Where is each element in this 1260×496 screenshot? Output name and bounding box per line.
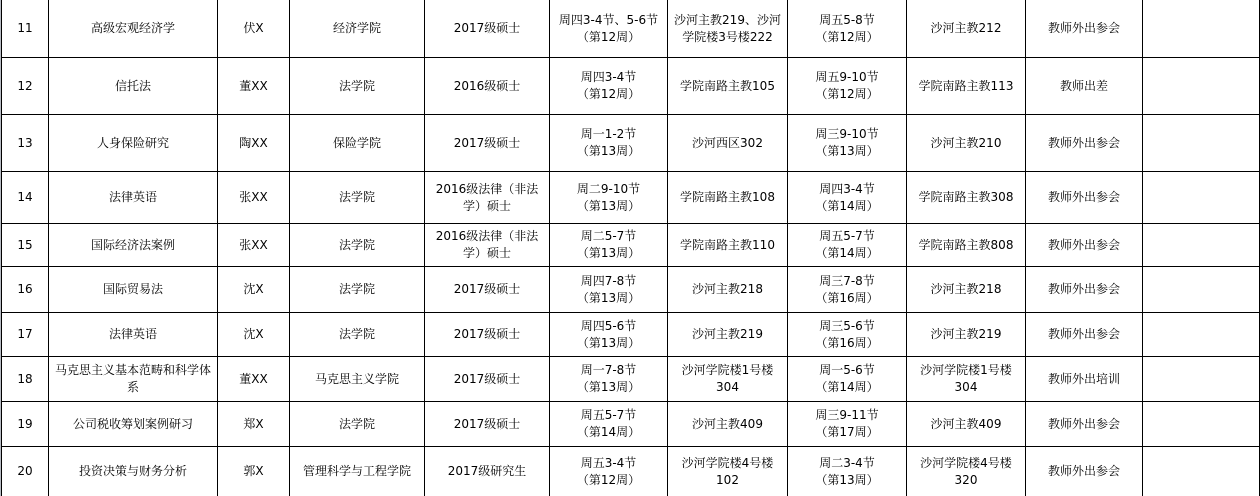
original-time-cell-line: 周四5-6节 — [552, 318, 665, 335]
new-time-cell-line: 周三7-8节 — [790, 273, 904, 290]
new-room-cell-line: 320 — [909, 472, 1023, 489]
course-name-cell[interactable]: 人身保险研究 — [49, 115, 218, 172]
table-row: 11高级宏观经济学伏X经济学院2017级硕士周四3-4节、5-6节（第12周）沙… — [2, 0, 1260, 58]
note-cell[interactable] — [1143, 313, 1260, 357]
new-time-cell[interactable]: 周五5-8节（第12周） — [788, 0, 907, 58]
row-number-cell[interactable]: 15 — [2, 224, 49, 267]
new-room-cell-line: 304 — [909, 379, 1023, 396]
row-number-cell[interactable]: 19 — [2, 402, 49, 447]
new-room-cell[interactable]: 沙河主教210 — [907, 115, 1026, 172]
new-time-cell-line: （第12周） — [790, 86, 904, 103]
original-time-cell-line: 周一7-8节 — [552, 362, 665, 379]
teacher-cell[interactable]: 沈X — [218, 313, 290, 357]
reason-cell[interactable]: 教师外出参会 — [1026, 447, 1143, 496]
original-time-cell-line: 周五3-4节 — [552, 455, 665, 472]
class-cell[interactable]: 2017级硕士 — [425, 402, 550, 447]
original-time-cell[interactable]: 周一1-2节（第13周） — [550, 115, 668, 172]
original-time-cell[interactable]: 周四3-4节、5-6节（第12周） — [550, 0, 668, 58]
table-row: 20投资决策与财务分析郭X管理科学与工程学院2017级研究生周五3-4节（第12… — [2, 447, 1260, 496]
original-room-cell-line: 学院南路主教110 — [670, 237, 785, 254]
note-cell[interactable] — [1143, 115, 1260, 172]
note-cell[interactable] — [1143, 267, 1260, 313]
class-cell[interactable]: 2017级硕士 — [425, 115, 550, 172]
original-time-cell-line: 周四3-4节 — [552, 69, 665, 86]
new-time-cell[interactable]: 周一5-6节（第14周） — [788, 357, 907, 402]
course-adjustment-table: 11高级宏观经济学伏X经济学院2017级硕士周四3-4节、5-6节（第12周）沙… — [1, 0, 1260, 496]
college-cell[interactable]: 法学院 — [290, 172, 425, 224]
row-number-cell[interactable]: 18 — [2, 357, 49, 402]
new-room-cell-line: 沙河主教210 — [909, 135, 1023, 152]
original-room-cell-line: 304 — [670, 379, 785, 396]
original-time-cell[interactable]: 周四3-4节（第12周） — [550, 58, 668, 115]
teacher-cell[interactable]: 董XX — [218, 357, 290, 402]
note-cell[interactable] — [1143, 172, 1260, 224]
new-time-cell-line: （第14周） — [790, 245, 904, 262]
original-room-cell-line: 沙河主教409 — [670, 416, 785, 433]
reason-cell[interactable]: 教师外出参会 — [1026, 224, 1143, 267]
original-room-cell-line: 学院南路主教108 — [670, 189, 785, 206]
original-time-cell-line: （第13周） — [552, 379, 665, 396]
reason-cell[interactable]: 教师外出参会 — [1026, 402, 1143, 447]
new-room-cell-line: 沙河主教212 — [909, 20, 1023, 37]
reason-cell[interactable]: 教师外出培训 — [1026, 357, 1143, 402]
original-time-cell-line: （第13周） — [552, 198, 665, 215]
teacher-cell[interactable]: 董XX — [218, 58, 290, 115]
original-time-cell-line: （第12周） — [552, 472, 665, 489]
college-cell[interactable]: 管理科学与工程学院 — [290, 447, 425, 496]
teacher-cell[interactable]: 郭X — [218, 447, 290, 496]
class-cell[interactable]: 2016级硕士 — [425, 58, 550, 115]
new-time-cell-line: （第13周） — [790, 143, 904, 160]
new-time-cell-line: 周四3-4节 — [790, 181, 904, 198]
new-time-cell[interactable]: 周三9-11节（第17周） — [788, 402, 907, 447]
class-cell[interactable]: 2017级硕士 — [425, 313, 550, 357]
new-time-cell-line: （第16周） — [790, 290, 904, 307]
new-time-cell[interactable]: 周四3-4节（第14周） — [788, 172, 907, 224]
original-room-cell-line: 沙河学院楼1号楼 — [670, 362, 785, 379]
table-row: 19公司税收筹划案例研习郑X法学院2017级硕士周五5-7节（第14周）沙河主教… — [2, 402, 1260, 447]
course-name-cell[interactable]: 马克思主义基本范畴和科学体系 — [49, 357, 218, 402]
teacher-cell[interactable]: 张XX — [218, 224, 290, 267]
college-cell[interactable]: 法学院 — [290, 58, 425, 115]
reason-cell[interactable]: 教师外出参会 — [1026, 115, 1143, 172]
new-room-cell[interactable]: 学院南路主教308 — [907, 172, 1026, 224]
original-time-cell-line: （第12周） — [552, 29, 665, 46]
new-time-cell[interactable]: 周二3-4节（第13周） — [788, 447, 907, 496]
note-cell[interactable] — [1143, 224, 1260, 267]
original-time-cell[interactable]: 周四5-6节（第13周） — [550, 313, 668, 357]
new-time-cell-line: （第17周） — [790, 424, 904, 441]
new-room-cell[interactable]: 沙河主教212 — [907, 0, 1026, 58]
college-cell[interactable]: 保险学院 — [290, 115, 425, 172]
note-cell[interactable] — [1143, 447, 1260, 496]
new-room-cell-line: 沙河主教409 — [909, 416, 1023, 433]
teacher-cell[interactable]: 沈X — [218, 267, 290, 313]
row-number-cell[interactable]: 14 — [2, 172, 49, 224]
table-row: 12信托法董XX法学院2016级硕士周四3-4节（第12周）学院南路主教105周… — [2, 58, 1260, 115]
new-room-cell[interactable]: 沙河主教219 — [907, 313, 1026, 357]
original-room-cell[interactable]: 学院南路主教105 — [668, 58, 788, 115]
class-cell[interactable]: 2017级硕士 — [425, 357, 550, 402]
class-cell[interactable]: 2016级法律（非法学）硕士 — [425, 224, 550, 267]
original-time-cell[interactable]: 周四7-8节（第13周） — [550, 267, 668, 313]
teacher-cell[interactable]: 陶XX — [218, 115, 290, 172]
course-name-cell[interactable]: 国际经济法案例 — [49, 224, 218, 267]
original-room-cell[interactable]: 沙河主教409 — [668, 402, 788, 447]
reason-cell[interactable]: 教师外出参会 — [1026, 267, 1143, 313]
original-time-cell-line: （第14周） — [552, 424, 665, 441]
new-time-cell[interactable]: 周五5-7节（第14周） — [788, 224, 907, 267]
original-room-cell-line: 沙河西区302 — [670, 135, 785, 152]
new-room-cell[interactable]: 沙河主教409 — [907, 402, 1026, 447]
row-number-cell[interactable]: 12 — [2, 58, 49, 115]
table-row: 14法律英语张XX法学院2016级法律（非法学）硕士周二9-10节（第13周）学… — [2, 172, 1260, 224]
table-row: 16国际贸易法沈X法学院2017级硕士周四7-8节（第13周）沙河主教218周三… — [2, 267, 1260, 313]
note-cell[interactable] — [1143, 402, 1260, 447]
original-time-cell[interactable]: 周二9-10节（第13周） — [550, 172, 668, 224]
table-row: 15国际经济法案例张XX法学院2016级法律（非法学）硕士周二5-7节（第13周… — [2, 224, 1260, 267]
new-room-cell[interactable]: 沙河主教218 — [907, 267, 1026, 313]
original-room-cell-line: 学院楼3号楼222 — [670, 29, 785, 46]
new-room-cell[interactable]: 沙河学院楼1号楼304 — [907, 357, 1026, 402]
original-room-cell[interactable]: 学院南路主教108 — [668, 172, 788, 224]
row-number-cell[interactable]: 16 — [2, 267, 49, 313]
new-time-cell-line: （第14周） — [790, 198, 904, 215]
original-room-cell-line: 沙河学院楼4号楼 — [670, 455, 785, 472]
teacher-cell[interactable]: 张XX — [218, 172, 290, 224]
new-time-cell-line: （第13周） — [790, 472, 904, 489]
class-cell[interactable]: 2017级硕士 — [425, 267, 550, 313]
row-number-cell[interactable]: 20 — [2, 447, 49, 496]
new-room-cell-line: 沙河学院楼1号楼 — [909, 362, 1023, 379]
course-name-cell[interactable]: 投资决策与财务分析 — [49, 447, 218, 496]
college-cell[interactable]: 经济学院 — [290, 0, 425, 58]
new-time-cell-line: 周一5-6节 — [790, 362, 904, 379]
new-time-cell-line: 周五9-10节 — [790, 69, 904, 86]
new-room-cell-line: 学院南路主教113 — [909, 78, 1023, 95]
college-cell[interactable]: 马克思主义学院 — [290, 357, 425, 402]
note-cell[interactable] — [1143, 357, 1260, 402]
college-cell[interactable]: 法学院 — [290, 267, 425, 313]
new-room-cell-line: 沙河主教219 — [909, 326, 1023, 343]
new-time-cell-line: 周五5-8节 — [790, 12, 904, 29]
college-cell[interactable]: 法学院 — [290, 224, 425, 267]
original-room-cell[interactable]: 沙河主教219 — [668, 313, 788, 357]
course-name-cell[interactable]: 高级宏观经济学 — [49, 0, 218, 58]
new-time-cell-line: （第12周） — [790, 29, 904, 46]
original-time-cell[interactable]: 周五3-4节（第12周） — [550, 447, 668, 496]
original-time-cell-line: 周五5-7节 — [552, 407, 665, 424]
table-row: 18马克思主义基本范畴和科学体系董XX马克思主义学院2017级硕士周一7-8节（… — [2, 357, 1260, 402]
new-time-cell[interactable]: 周三5-6节（第16周） — [788, 313, 907, 357]
original-time-cell-line: 周四3-4节、5-6节 — [552, 12, 665, 29]
row-number-cell[interactable]: 17 — [2, 313, 49, 357]
course-name-cell[interactable]: 法律英语 — [49, 172, 218, 224]
original-room-cell-line: 沙河主教219 — [670, 326, 785, 343]
new-room-cell-line: 学院南路主教308 — [909, 189, 1023, 206]
original-room-cell[interactable]: 沙河学院楼4号楼102 — [668, 447, 788, 496]
new-time-cell-line: 周二3-4节 — [790, 455, 904, 472]
note-cell[interactable] — [1143, 58, 1260, 115]
original-time-cell[interactable]: 周二5-7节（第13周） — [550, 224, 668, 267]
new-time-cell-line: （第16周） — [790, 335, 904, 352]
new-time-cell-line: 周三5-6节 — [790, 318, 904, 335]
new-time-cell[interactable]: 周三7-8节（第16周） — [788, 267, 907, 313]
new-time-cell[interactable]: 周五9-10节（第12周） — [788, 58, 907, 115]
original-time-cell-line: 周二9-10节 — [552, 181, 665, 198]
table-body: 11高级宏观经济学伏X经济学院2017级硕士周四3-4节、5-6节（第12周）沙… — [2, 0, 1260, 496]
original-time-cell-line: （第13周） — [552, 290, 665, 307]
original-room-cell[interactable]: 沙河主教218 — [668, 267, 788, 313]
original-room-cell-line: 沙河主教218 — [670, 281, 785, 298]
original-time-cell-line: 周一1-2节 — [552, 126, 665, 143]
reason-cell[interactable]: 教师出差 — [1026, 58, 1143, 115]
original-room-cell-line: 沙河主教219、沙河 — [670, 12, 785, 29]
teacher-cell[interactable]: 伏X — [218, 0, 290, 58]
course-name-cell[interactable]: 国际贸易法 — [49, 267, 218, 313]
note-cell[interactable] — [1143, 0, 1260, 58]
course-name-cell[interactable]: 法律英语 — [49, 313, 218, 357]
original-time-cell[interactable]: 周五5-7节（第14周） — [550, 402, 668, 447]
college-cell[interactable]: 法学院 — [290, 402, 425, 447]
new-room-cell[interactable]: 学院南路主教808 — [907, 224, 1026, 267]
row-number-cell[interactable]: 13 — [2, 115, 49, 172]
row-number-cell[interactable]: 11 — [2, 0, 49, 58]
original-room-cell[interactable]: 沙河学院楼1号楼304 — [668, 357, 788, 402]
new-room-cell-line: 沙河学院楼4号楼 — [909, 455, 1023, 472]
new-room-cell[interactable]: 沙河学院楼4号楼320 — [907, 447, 1026, 496]
original-room-cell[interactable]: 沙河西区302 — [668, 115, 788, 172]
original-time-cell-line: （第13周） — [552, 143, 665, 160]
original-room-cell-line: 学院南路主教105 — [670, 78, 785, 95]
original-time-cell[interactable]: 周一7-8节（第13周） — [550, 357, 668, 402]
table-row: 17法律英语沈X法学院2017级硕士周四5-6节（第13周）沙河主教219周三5… — [2, 313, 1260, 357]
original-room-cell-line: 102 — [670, 472, 785, 489]
original-time-cell-line: （第13周） — [552, 245, 665, 262]
course-name-cell[interactable]: 信托法 — [49, 58, 218, 115]
new-room-cell-line: 学院南路主教808 — [909, 237, 1023, 254]
class-cell[interactable]: 2016级法律（非法学）硕士 — [425, 172, 550, 224]
new-time-cell-line: 周五5-7节 — [790, 228, 904, 245]
class-cell[interactable]: 2017级研究生 — [425, 447, 550, 496]
original-room-cell[interactable]: 沙河主教219、沙河学院楼3号楼222 — [668, 0, 788, 58]
original-room-cell[interactable]: 学院南路主教110 — [668, 224, 788, 267]
new-time-cell-line: 周三9-11节 — [790, 407, 904, 424]
new-room-cell[interactable]: 学院南路主教113 — [907, 58, 1026, 115]
college-cell[interactable]: 法学院 — [290, 313, 425, 357]
original-time-cell-line: 周四7-8节 — [552, 273, 665, 290]
new-time-cell-line: （第14周） — [790, 379, 904, 396]
class-cell[interactable]: 2017级硕士 — [425, 0, 550, 58]
original-time-cell-line: （第13周） — [552, 335, 665, 352]
new-room-cell-line: 沙河主教218 — [909, 281, 1023, 298]
reason-cell[interactable]: 教师外出参会 — [1026, 313, 1143, 357]
course-name-cell[interactable]: 公司税收筹划案例研习 — [49, 402, 218, 447]
original-time-cell-line: 周二5-7节 — [552, 228, 665, 245]
reason-cell[interactable]: 教师外出参会 — [1026, 0, 1143, 58]
table-row: 13人身保险研究陶XX保险学院2017级硕士周一1-2节（第13周）沙河西区30… — [2, 115, 1260, 172]
new-time-cell[interactable]: 周三9-10节（第13周） — [788, 115, 907, 172]
teacher-cell[interactable]: 郑X — [218, 402, 290, 447]
reason-cell[interactable]: 教师外出参会 — [1026, 172, 1143, 224]
original-time-cell-line: （第12周） — [552, 86, 665, 103]
new-time-cell-line: 周三9-10节 — [790, 126, 904, 143]
